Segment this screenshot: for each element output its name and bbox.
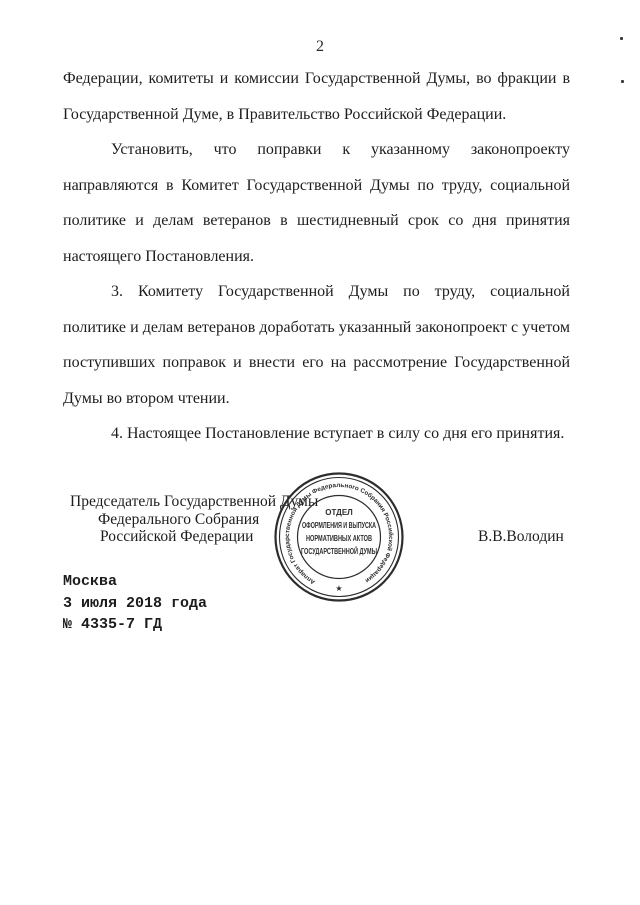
document-body: Федерации, комитеты и комиссии Государст… [63, 61, 570, 452]
stamp-center-line-3: НОРМАТИВНЫХ АКТОВ [306, 534, 372, 543]
page-number: 2 [0, 38, 640, 56]
stamp-center-line-1: ОТДЕЛ [325, 508, 353, 517]
signatory-name: В.В.Володин [478, 528, 564, 546]
stamp-star-icon: ★ [335, 584, 342, 593]
signatory-title-line-2: Федерального Собрания [98, 511, 259, 529]
scan-artifact-speck [620, 37, 623, 40]
footer-block: Москва 3 июля 2018 года № 4335-7 ГД [63, 571, 207, 636]
paragraph-amendments: Установить, что поправки к указанному за… [63, 132, 570, 274]
footer-city: Москва [63, 571, 207, 593]
paragraph-item-4: 4. Настоящее Постановление вступает в си… [63, 416, 570, 452]
official-stamp: Аппарат Государственной Думы Федеральног… [271, 469, 407, 605]
footer-document-number: № 4335-7 ГД [63, 614, 207, 636]
signatory-title-line-3: Российской Федерации [100, 528, 253, 546]
footer-date: 3 июля 2018 года [63, 593, 207, 615]
document-page: 2 Федерации, комитеты и комиссии Государ… [0, 0, 640, 905]
stamp-center-line-4: ГОСУДАРСТВЕННОЙ ДУМЫ [301, 547, 377, 556]
stamp-center-line-2: ОФОРМЛЕНИЯ И ВЫПУСКА [302, 521, 376, 530]
paragraph-continuation: Федерации, комитеты и комиссии Государст… [63, 61, 570, 132]
scan-artifact-speck [621, 80, 624, 83]
paragraph-item-3: 3. Комитету Государственной Думы по труд… [63, 274, 570, 416]
